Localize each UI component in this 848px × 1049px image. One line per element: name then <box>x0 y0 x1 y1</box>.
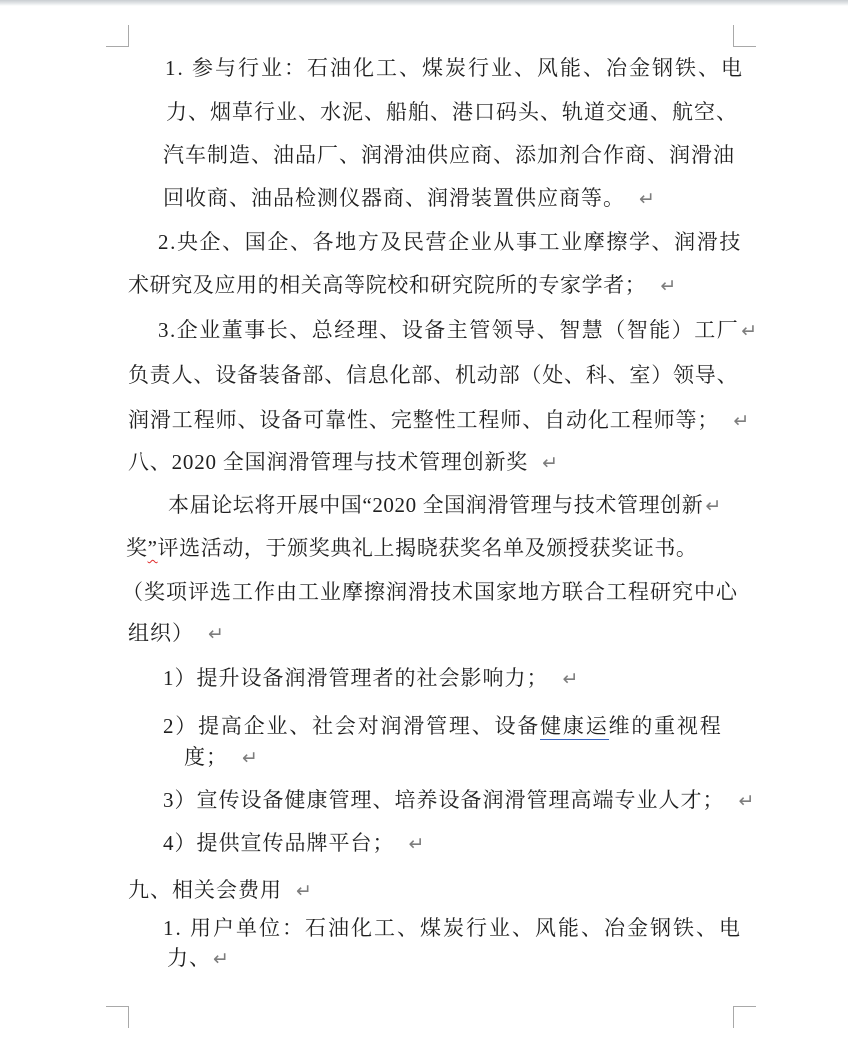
paragraph-mark-icon: ↵ <box>705 495 721 517</box>
text-run: 度； <box>184 745 228 769</box>
text-line: 度；↵ <box>184 744 258 771</box>
grammar-underline-text: 健康运 <box>540 714 608 740</box>
text-run: 4）提供宣传品牌平台； <box>163 831 395 855</box>
text-run: （奖项评选工作由工业摩擦润滑技术国家地方联合工程研究中心 <box>122 580 738 604</box>
text-line: 润滑工程师、设备可靠性、完整性工程师、自动化工程师等；↵ <box>128 407 749 434</box>
text-line: 1. 参与行业：石油化工、煤炭行业、风能、冶金钢铁、电 <box>165 55 744 81</box>
paragraph-mark-icon: ↵ <box>639 188 655 210</box>
text-run: 1. 参与行业：石油化工、煤炭行业、风能、冶金钢铁、电 <box>165 56 744 80</box>
text-boundary-mark-bottom-left <box>106 1006 129 1028</box>
document-page: 1. 参与行业：石油化工、煤炭行业、风能、冶金钢铁、电力、烟草行业、水泥、船舶、… <box>0 0 848 1049</box>
text-run: 2.央企、国企、各地方及民营企业从事工业摩擦学、润滑技 <box>158 230 742 254</box>
text-line: 术研究及应用的相关高等院校和研究院所的专家学者；↵ <box>128 272 676 299</box>
text-line: 九、相关会费用↵ <box>128 877 312 904</box>
paragraph-mark-icon: ↵ <box>542 452 558 474</box>
text-run: 维的重视程 <box>609 714 723 738</box>
text-line: 组织）↵ <box>128 620 224 647</box>
text-line: 1）提升设备润滑管理者的社会影响力；↵ <box>163 665 578 692</box>
text-run: 负责人、设备装备部、信息化部、机动部（处、科、室）领导、 <box>128 363 738 387</box>
paragraph-mark-icon: ↵ <box>660 275 676 297</box>
text-line: 3）宣传设备健康管理、培养设备润滑管理高端专业人才；↵ <box>163 787 754 814</box>
text-run: 术研究及应用的相关高等院校和研究院所的专家学者； <box>128 273 646 297</box>
text-run: 奖 <box>126 536 148 560</box>
paragraph-mark-icon: ↵ <box>739 790 755 812</box>
text-run: 3）宣传设备健康管理、培养设备润滑管理高端专业人才； <box>163 788 725 812</box>
text-line: 4）提供宣传品牌平台；↵ <box>163 830 424 857</box>
paragraph-mark-icon: ↵ <box>563 668 579 690</box>
paragraph-mark-icon: ↵ <box>733 410 749 432</box>
text-line: 力、↵ <box>167 945 229 972</box>
text-line: 2）提高企业、社会对润滑管理、设备健康运维的重视程 <box>163 713 723 739</box>
text-line: 1. 用户单位：石油化工、煤炭行业、风能、冶金钢铁、电 <box>163 915 742 941</box>
page-top-edge <box>0 0 848 6</box>
paragraph-mark-icon: ↵ <box>242 747 258 769</box>
text-run: 回收商、油品检测仪器商、润滑装置供应商等。 <box>163 186 625 210</box>
text-line: （奖项评选工作由工业摩擦润滑技术国家地方联合工程研究中心 <box>122 579 738 605</box>
text-run: 本届论坛将开展中国“2020 全国润滑管理与技术管理创新 <box>168 493 703 517</box>
text-run: 九、相关会费用 <box>128 878 282 902</box>
text-line: 八、2020 全国润滑管理与技术管理创新奖↵ <box>128 449 558 476</box>
text-run: 润滑工程师、设备可靠性、完整性工程师、自动化工程师等； <box>128 408 719 432</box>
paragraph-mark-icon: ↵ <box>208 623 224 645</box>
text-run: 1）提升设备润滑管理者的社会影响力； <box>163 666 549 690</box>
text-run: 2）提高企业、社会对润滑管理、设备 <box>163 714 540 738</box>
text-line: 本届论坛将开展中国“2020 全国润滑管理与技术管理创新↵ <box>168 492 721 519</box>
text-boundary-mark-top-left <box>106 25 129 47</box>
text-line: 负责人、设备装备部、信息化部、机动部（处、科、室）领导、 <box>128 362 738 388</box>
paragraph-mark-icon: ↵ <box>296 880 312 902</box>
paragraph-mark-icon: ↵ <box>409 833 425 855</box>
text-run: 3.企业董事长、总经理、设备主管领导、智慧（智能）工厂 <box>158 318 739 342</box>
text-run: 八、2020 全国润滑管理与技术管理创新奖 <box>128 450 528 474</box>
text-boundary-mark-top-right <box>733 25 756 47</box>
text-run: 评选活动，于颁奖典礼上揭晓获奖名单及颁授获奖证书。 <box>158 536 698 560</box>
text-run: 汽车制造、油品厂、润滑油供应商、添加剂合作商、润滑油 <box>163 143 735 167</box>
text-line: 汽车制造、油品厂、润滑油供应商、添加剂合作商、润滑油 <box>163 142 735 168</box>
paragraph-mark-icon: ↵ <box>741 320 757 342</box>
text-run: 力、 <box>167 946 211 970</box>
text-line: 3.企业董事长、总经理、设备主管领导、智慧（智能）工厂↵ <box>158 317 757 344</box>
text-boundary-mark-bottom-right <box>733 1006 756 1028</box>
text-run: 组织） <box>128 621 194 645</box>
text-run: 1. 用户单位：石油化工、煤炭行业、风能、冶金钢铁、电 <box>163 916 742 940</box>
text-run: 力、烟草行业、水泥、船舶、港口码头、轨道交通、航空、 <box>166 100 738 124</box>
spellcheck-squiggle-text: ” <box>148 536 158 560</box>
text-line: 奖”评选活动，于颁奖典礼上揭晓获奖名单及颁授获奖证书。 <box>126 535 698 561</box>
text-line: 2.央企、国企、各地方及民营企业从事工业摩擦学、润滑技 <box>158 229 742 255</box>
text-line: 力、烟草行业、水泥、船舶、港口码头、轨道交通、航空、 <box>166 99 738 125</box>
paragraph-mark-icon: ↵ <box>213 948 229 970</box>
text-line: 回收商、油品检测仪器商、润滑装置供应商等。↵ <box>163 185 655 212</box>
